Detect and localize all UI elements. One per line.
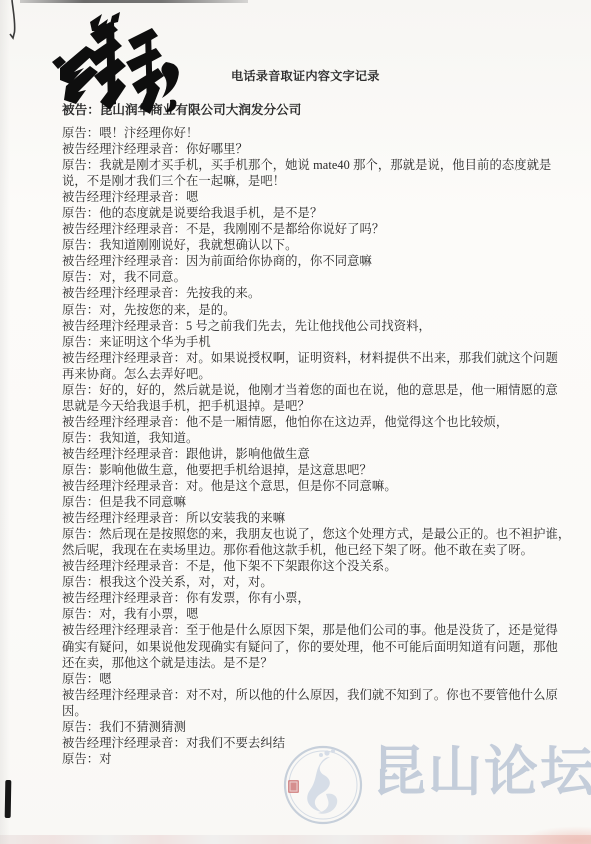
scan-corner-blotch-artifact bbox=[520, 826, 591, 844]
transcript-line: 思就是今天给我退手机，把手机退掉。是吧？ bbox=[62, 398, 570, 414]
transcript-line: 确实有疑问，如果说他发现确实有疑问了，你的要处理，他不可能后面明知道有问题，那他 bbox=[62, 639, 570, 655]
transcript-line: 被告经理汴经理录音：不是，我刚刚不是都给你说好了吗？ bbox=[62, 221, 570, 237]
transcript-line: 被告经理汴经理录音：你有发票，你有小票， bbox=[62, 590, 570, 606]
transcript-line: 被告经理汴经理录音：你好哪里？ bbox=[62, 141, 570, 157]
transcript-line: 原告：对，先按您的来，是的。 bbox=[62, 302, 570, 318]
transcript-line: 原告：对 bbox=[62, 751, 570, 767]
scanned-document-page: 电话录音取证内容文字记录 被告：昆山润华商业有限公司大润发分公司 原告：喂！汴经… bbox=[0, 0, 591, 844]
transcript-line: 原告：嗯 bbox=[62, 671, 570, 687]
transcript-line: 原告：对，我不同意。 bbox=[62, 269, 570, 285]
transcript-line: 被告经理汴经理录音：跟他讲，影响他做生意 bbox=[62, 446, 570, 462]
transcript-line: 再来协商。怎么去弄好吧。 bbox=[62, 366, 570, 382]
transcript-line: 原告：对，我有小票，嗯 bbox=[62, 606, 570, 622]
transcript-line: 原告：根我这个没关系，对，对，对。 bbox=[62, 574, 570, 590]
transcript-line: 原告：然后现在是按照您的来，我朋友也说了，您这个处理方式，是最公正的。也不袒护谁… bbox=[62, 526, 570, 542]
transcript-line: 被告经理汴经理录音：不是，他下架不下架跟你这个没关系。 bbox=[62, 558, 570, 574]
transcript-line: 被告经理汴经理录音：至于他是什么原因下架，那是他们公司的事。他是没货了，还是觉得 bbox=[62, 622, 570, 638]
transcript-line: 被告经理汴经理录音：他不是一厢情愿，他怕你在这边弄，他觉得这个也比较烦， bbox=[62, 414, 570, 430]
pen-stroke-artifact-icon bbox=[4, 0, 28, 44]
transcript-line: 被告经理汴经理录音：5 号之前我们先去，先让他找他公司找资料， bbox=[62, 318, 570, 334]
scan-top-edge-artifact bbox=[20, 0, 248, 3]
transcript-line: 说，不是刚才我们三个在一起嘛，是吧！ bbox=[62, 173, 570, 189]
transcript-line: 原告：但是我不同意嘛 bbox=[62, 494, 570, 510]
transcript-line: 原告：我们不猜测猜测 bbox=[62, 719, 570, 735]
transcript-line: 因。 bbox=[62, 703, 570, 719]
transcript-line: 原告：来证明这个华为手机 bbox=[62, 334, 570, 350]
transcript-line: 还在卖，那他这个就是违法。是不是？ bbox=[62, 655, 570, 671]
scan-bottom-noise-artifact bbox=[0, 835, 591, 844]
transcript-line: 被告经理汴经理录音：对不对，所以他的什么原因，我们就不知到了。你也不要管他什么原 bbox=[62, 687, 570, 703]
transcript-line: 原告：我知道，我知道。 bbox=[62, 430, 570, 446]
document-title: 电话录音取证内容文字记录 bbox=[231, 67, 380, 84]
transcript-line: 然后呢，我现在在卖场里边。那你看他这款手机，他已经下架了呀。他不敢在卖了呀。 bbox=[62, 542, 570, 558]
transcript-line: 被告经理汴经理录音：对。他是这个意思，但是你不同意嘛。 bbox=[62, 478, 570, 494]
transcript-line: 被告经理汴经理录音：对。如果说授权啊，证明资料，材料提供不出来，那我们就这个问题 bbox=[62, 350, 570, 366]
red-seal-icon bbox=[288, 780, 299, 793]
transcript-line: 原告：喂！汴经理你好！ bbox=[62, 125, 570, 141]
transcript-line: 被告经理汴经理录音：先按我的来。 bbox=[62, 285, 570, 301]
scan-bottom-bar-artifact bbox=[5, 780, 12, 818]
transcript-line: 原告：他的态度就是说要给我退手机，是不是？ bbox=[62, 205, 570, 221]
transcript-line: 原告：好的，好的，然后就是说，他刚才当着您的面也在说，他的意思是，他一厢情愿的意 bbox=[62, 382, 570, 398]
transcript-line: 被告经理汴经理录音：所以安装我的来嘛 bbox=[62, 510, 570, 526]
transcript: 原告：喂！汴经理你好！被告经理汴经理录音：你好哪里？原告：我就是刚才买手机，买手… bbox=[62, 125, 570, 767]
ink-stamp-icon bbox=[50, 12, 190, 117]
transcript-line: 被告经理汴经理录音：嗯 bbox=[62, 189, 570, 205]
transcript-line: 原告：我知道刚刚说好，我就想确认以下。 bbox=[62, 237, 570, 253]
transcript-line: 原告：影响他做生意，他要把手机给退掉，是这意思吧？ bbox=[62, 462, 570, 478]
transcript-line: 原告：我就是刚才买手机，买手机那个，她说 mate40 那个，那就是说，他目前的… bbox=[62, 157, 570, 173]
transcript-line: 被告经理汴经理录音：因为前面给你协商的，你不同意嘛 bbox=[62, 253, 570, 269]
transcript-line: 被告经理汴经理录音：对我们不要去纠结 bbox=[62, 735, 570, 751]
